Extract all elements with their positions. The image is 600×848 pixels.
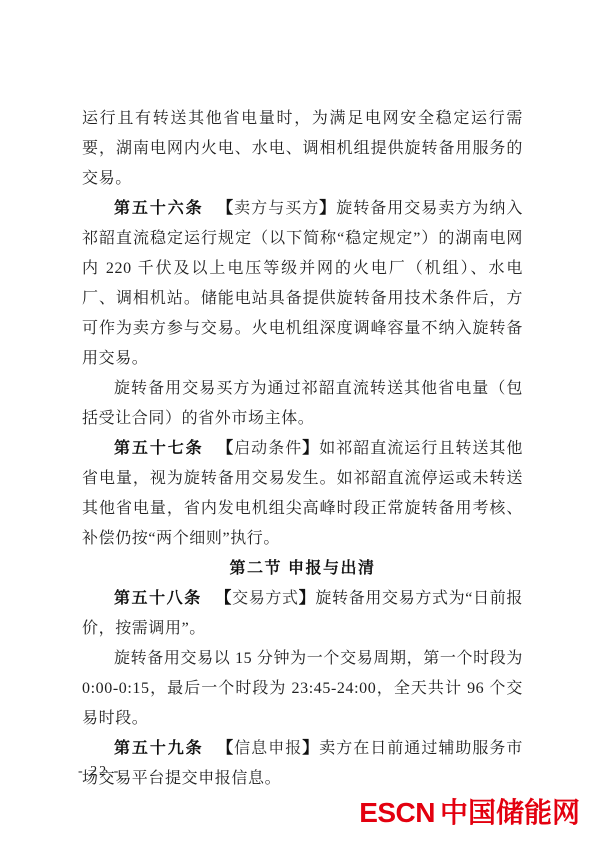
article-title: 信息申报 [234, 740, 302, 757]
bracket-open: 【 [217, 200, 234, 217]
paragraph-text: 旋转备用交易买方为通过祁韶直流转送其他省电量（包括受让合同）的省外市场主体。 [82, 380, 523, 427]
document-page: 运行且有转送其他省电量时，为满足电网安全稳定运行需要，湖南电网内火电、水电、调相… [0, 0, 600, 848]
article-title: 卖方与买方 [234, 200, 319, 217]
bracket-open: 【 [217, 740, 234, 757]
page-number: - 22 - [78, 762, 120, 782]
paragraph-text: 旋转备用交易以 15 分钟为一个交易周期，第一个时段为0:00-0:15，最后一… [82, 650, 523, 727]
paragraph: 旋转备用交易以 15 分钟为一个交易周期，第一个时段为0:00-0:15，最后一… [82, 644, 523, 734]
escn-logo: ESCN中国储能网 [359, 798, 580, 828]
bracket-open: 【 [217, 440, 234, 457]
article-58: 第五十八条【交易方式】旋转备用交易方式为“日前报价，按需调用”。 [82, 584, 523, 644]
paragraph: 旋转备用交易买方为通过祁韶直流转送其他省电量（包括受让合同）的省外市场主体。 [82, 374, 523, 434]
article-title: 启动条件 [234, 440, 302, 457]
article-number: 第五十六条 [114, 200, 204, 217]
bracket-close: 】 [319, 200, 336, 217]
article-number: 第五十八条 [114, 590, 202, 607]
article-57: 第五十七条【启动条件】如祁韶直流运行且转送其他省电量，视为旋转备用交易发生。如祁… [82, 434, 523, 554]
article-title: 交易方式 [232, 590, 299, 607]
bracket-close: 】 [299, 590, 316, 607]
article-number: 第五十七条 [114, 440, 204, 457]
bracket-close: 】 [302, 440, 319, 457]
paragraph-text: 旋转备用交易卖方为纳入祁韶直流稳定运行规定（以下简称“稳定规定”）的湖南电网内 … [82, 200, 523, 367]
article-56: 第五十六条【卖方与买方】旋转备用交易卖方为纳入祁韶直流稳定运行规定（以下简称“稳… [82, 194, 523, 374]
document-body: 运行且有转送其他省电量时，为满足电网安全稳定运行需要，湖南电网内火电、水电、调相… [82, 104, 523, 794]
article-number: 第五十九条 [114, 740, 204, 757]
article-59: 第五十九条【信息申报】卖方在日前通过辅助服务市场交易平台提交申报信息。 [82, 734, 523, 794]
logo-text-en: ESCN [359, 797, 435, 828]
paragraph-continuation: 运行且有转送其他省电量时，为满足电网安全稳定运行需要，湖南电网内火电、水电、调相… [82, 104, 523, 194]
paragraph-text: 运行且有转送其他省电量时，为满足电网安全稳定运行需要，湖南电网内火电、水电、调相… [82, 110, 523, 187]
bracket-open: 【 [215, 590, 232, 607]
section-heading: 第二节 申报与出清 [82, 554, 523, 584]
logo-text-cn: 中国储能网 [440, 797, 580, 828]
bracket-close: 】 [302, 740, 319, 757]
